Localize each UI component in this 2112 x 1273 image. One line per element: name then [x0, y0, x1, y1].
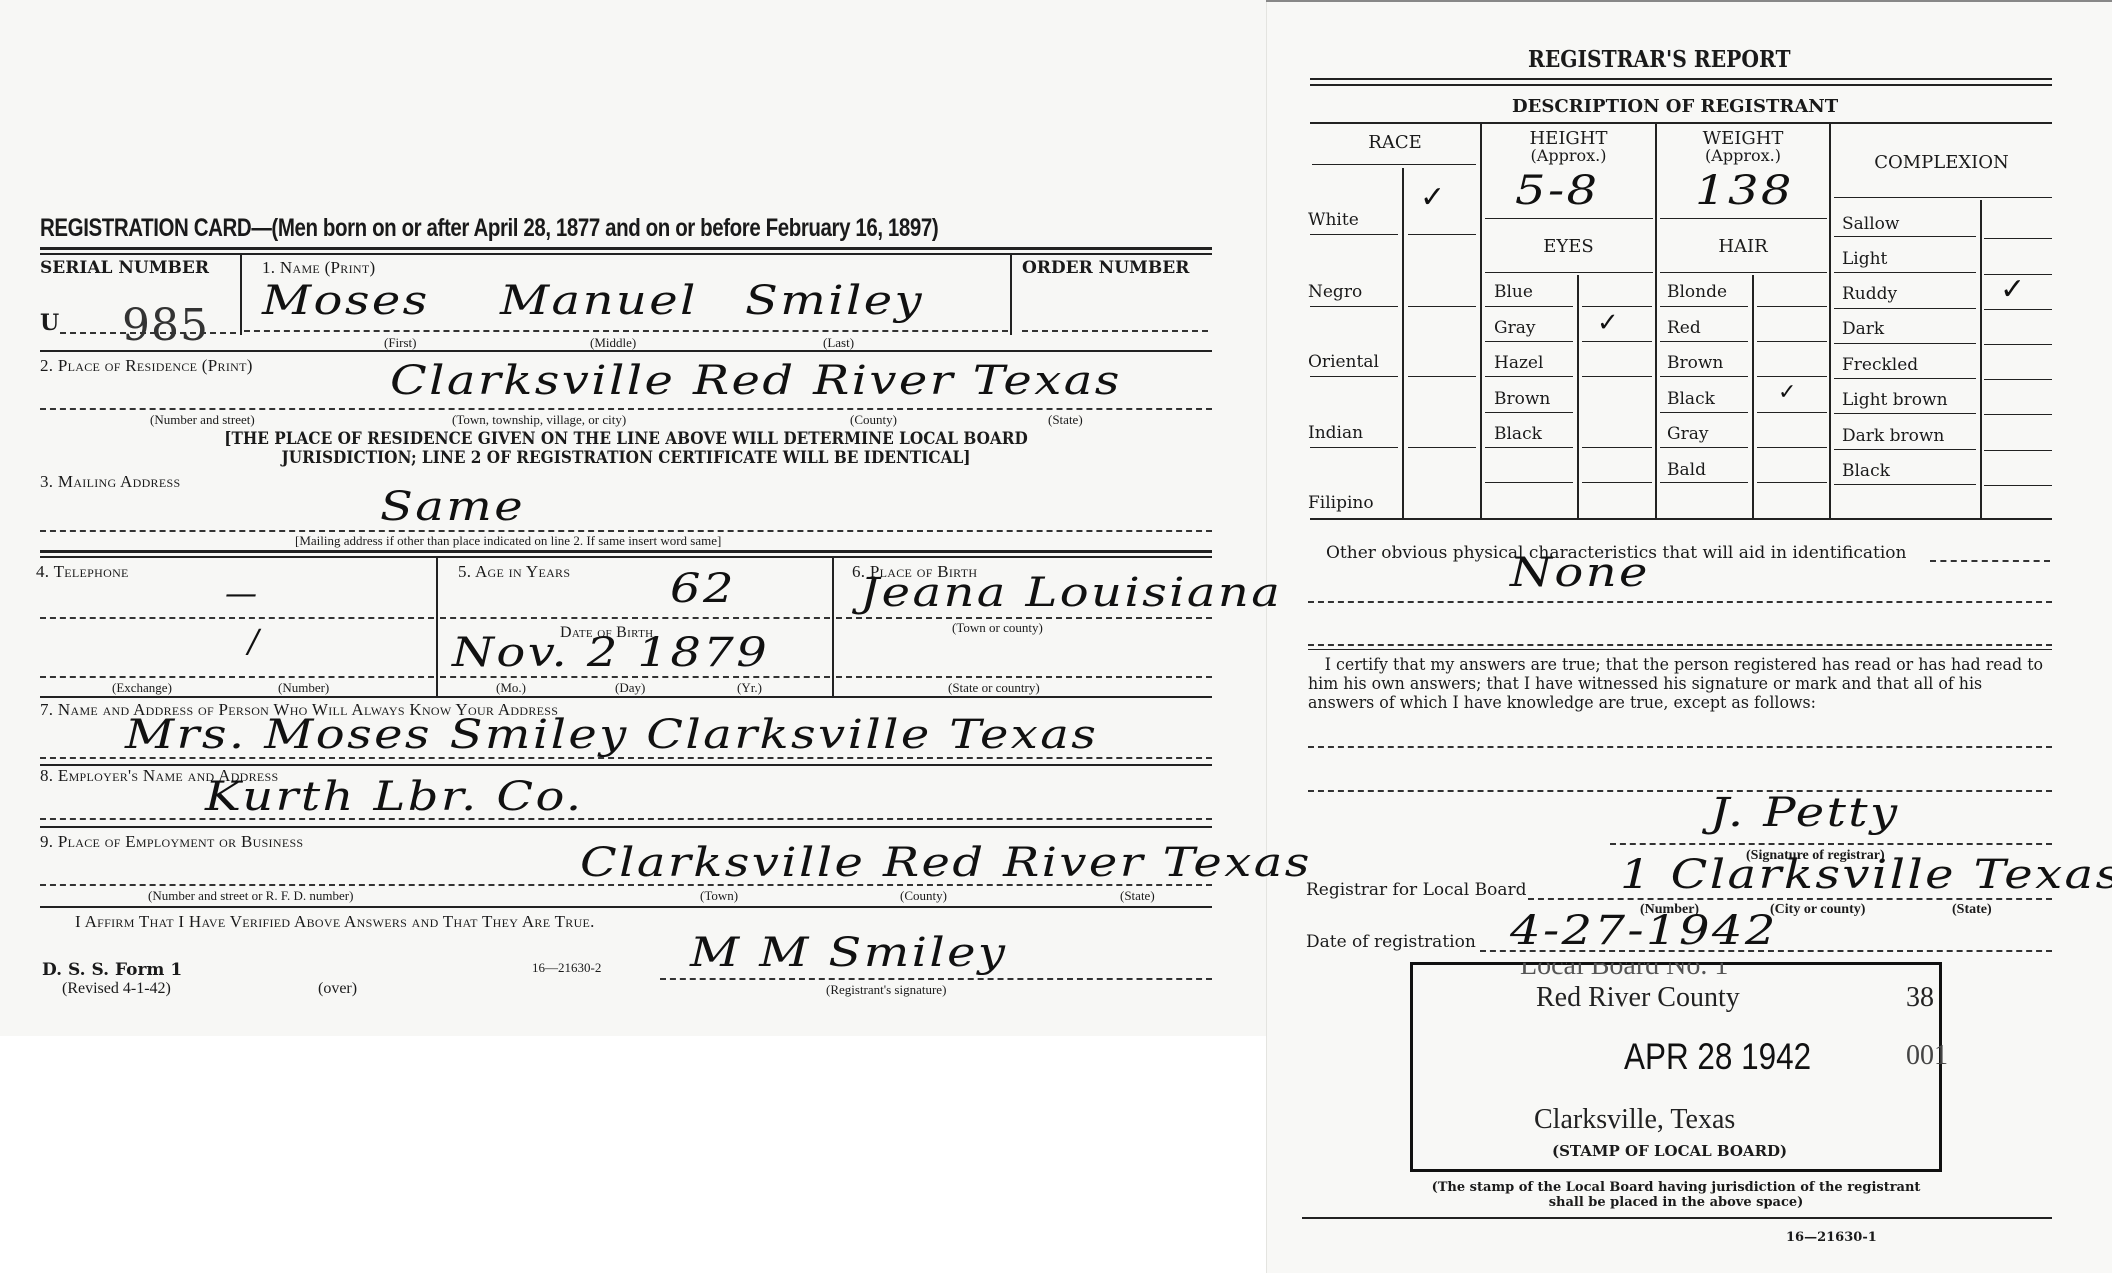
employment-caption-county: (County): [900, 888, 947, 904]
order-divider: [1010, 255, 1012, 335]
hair-brown-check-rule: [1757, 376, 1827, 377]
name-last-value: Smiley: [745, 278, 924, 324]
race-white-rule: [1310, 234, 1398, 235]
hair-brown-rule: [1660, 376, 1748, 377]
name-middle-value: Manuel: [500, 278, 698, 324]
order-number-label: ORDER NUMBER: [1022, 258, 1189, 278]
certification-text: I certify that my answers are true; that…: [1308, 656, 2052, 713]
hair-red-check-rule: [1757, 341, 1827, 342]
report-bottom-rule: [1302, 1217, 2052, 1219]
row1-rule: [40, 350, 1212, 352]
order-number-line: [1022, 330, 1208, 332]
dob-caption-month: (Mo.): [496, 680, 526, 696]
residence-notice: [THE PLACE OF RESIDENCE GIVEN ON THE LIN…: [99, 430, 1154, 468]
exceptions-line-2: [1308, 790, 2052, 792]
registration-date-value: 4-27-1942: [1510, 908, 1778, 954]
birthplace-state-caption: (State or country): [948, 680, 1040, 696]
hair-gray-rule: [1660, 447, 1748, 448]
row3-rule-2: [40, 556, 1212, 558]
row3-rule: [40, 550, 1212, 553]
complexion-freckled-rule: [1834, 378, 1976, 379]
eyes-brown-rule: [1485, 412, 1573, 413]
description-table-bottom-rule: [1310, 518, 2052, 520]
height-value: 5-8: [1515, 168, 1600, 214]
stamp-side-number-1: 38: [1906, 982, 1934, 1014]
hair-blonde-rule: [1660, 306, 1748, 307]
eyes-gray-checkmark[interactable]: ✓: [1597, 308, 1619, 338]
race-oriental-check-rule: [1408, 376, 1476, 377]
complexion-sallow-rule: [1834, 236, 1976, 237]
eyes-check-divider: [1577, 275, 1579, 518]
complexion-ruddy-checkmark[interactable]: ✓: [2000, 272, 2025, 307]
eyes-header-rule: [1485, 272, 1653, 273]
serial-number-label: SERIAL NUMBER: [40, 258, 209, 278]
eyes-blue-rule: [1485, 306, 1573, 307]
height-col-divider: [1655, 124, 1657, 518]
complexion-header: COMPLEXION: [1831, 152, 2052, 173]
over-note: (over): [318, 980, 357, 998]
weight-subheader: (Approx.): [1657, 146, 1829, 165]
description-rule: [1310, 122, 2052, 124]
complexion-dark-brown-rule: [1834, 449, 1976, 450]
residence-notice-line1: [THE PLACE OF RESIDENCE GIVEN ON THE LIN…: [99, 430, 1154, 449]
employment-place-label: 9. Place of Employment or Business: [40, 832, 303, 852]
stamp-note-line1: (The stamp of the Local Board having jur…: [1410, 1180, 1942, 1195]
employment-place-value: Clarksville Red River Texas: [580, 840, 1312, 886]
stamp-line-city: Clarksville, Texas: [1534, 1104, 1735, 1136]
exceptions-line-1: [1308, 746, 2052, 748]
report-print-code: 16—21630-1: [1786, 1230, 1877, 1245]
complexion-dark-brown-check-rule: [1984, 450, 2052, 451]
signature-caption: (Registrant's signature): [826, 982, 946, 998]
form-id: D. S. S. Form 1: [42, 960, 182, 980]
stamp-caption: (STAMP OF LOCAL BOARD): [1552, 1142, 1787, 1160]
title-rule-2: [40, 253, 1212, 255]
hair-black-rule: [1660, 412, 1748, 413]
complexion-sallow-label: Sallow: [1842, 214, 1899, 234]
race-indian-check-rule: [1408, 447, 1476, 448]
signature-line: [660, 978, 1212, 980]
certification-rule: [1308, 649, 2052, 650]
birthplace-line-1: [836, 617, 1212, 619]
race-filipino-label: Filipino: [1308, 493, 1374, 513]
card-print-code: 16—21630-2: [532, 960, 601, 976]
registrar-report-title: REGISTRAR'S REPORT: [1528, 46, 1791, 73]
complexion-black-rule: [1834, 484, 1976, 485]
weight-col-divider: [1829, 124, 1831, 518]
local-board-caption-city: (City or county): [1770, 902, 1865, 918]
affirmation-text: I Affirm That I Have Verified Above Answ…: [75, 912, 595, 932]
hair-black-label: Black: [1667, 389, 1715, 409]
dob-value: Nov. 2 1879: [452, 630, 769, 676]
complexion-freckled-check-rule: [1984, 379, 2052, 380]
hair-red-label: Red: [1667, 318, 1701, 338]
complexion-dark-brown-label: Dark brown: [1842, 426, 1944, 446]
telephone-exchange-value: —: [225, 574, 258, 612]
eyes-blank-check-rule: [1582, 482, 1652, 483]
eyes-black-check-rule: [1582, 447, 1652, 448]
stamp-side-number-2: 001: [1906, 1040, 1948, 1072]
report-title-rule: [1310, 78, 2052, 80]
row6-rule: [40, 696, 1212, 698]
telephone-exchange-caption: (Exchange): [112, 680, 172, 696]
complexion-black-check-rule: [1984, 485, 2052, 486]
eyes-black-label: Black: [1494, 424, 1542, 444]
eyes-gray-rule: [1485, 341, 1573, 342]
name-first-caption: (First): [384, 335, 417, 351]
race-white-check-rule: [1408, 234, 1476, 235]
height-subheader: (Approx.): [1482, 146, 1655, 165]
eyes-gray-check-rule: [1582, 341, 1652, 342]
complexion-ruddy-rule: [1834, 308, 1976, 309]
row9-rule: [40, 906, 1212, 908]
eyes-blue-check-rule: [1582, 306, 1652, 307]
age-line: [440, 617, 830, 619]
contact-person-value: Mrs. Moses Smiley Clarksville Texas: [125, 712, 1098, 758]
complexion-header-rule: [1834, 197, 2052, 198]
complexion-light-brown-check-rule: [1984, 414, 2052, 415]
report-title-rule-2: [1310, 84, 2052, 86]
residence-caption-street: (Number and street): [150, 412, 255, 428]
eyes-blank-rule: [1485, 482, 1573, 483]
weight-value: 138: [1695, 168, 1794, 214]
age-label: 5. Age in Years: [458, 562, 570, 582]
complexion-freckled-label: Freckled: [1842, 355, 1918, 375]
residence-line: [40, 408, 1212, 410]
complexion-black-label: Black: [1842, 461, 1890, 481]
hair-check-divider: [1752, 275, 1754, 518]
hair-red-rule: [1660, 341, 1748, 342]
complexion-dark-label: Dark: [1842, 319, 1884, 339]
eyes-blue-label: Blue: [1494, 282, 1533, 302]
telephone-number-value: /: [248, 622, 260, 660]
hair-gray-label: Gray: [1667, 424, 1708, 444]
race-header: RACE: [1310, 132, 1480, 153]
race-indian-label: Indian: [1308, 423, 1363, 443]
local-board-value: 1 Clarksville Texas: [1620, 852, 2112, 898]
name-first-value: Moses: [262, 278, 430, 324]
telephone-divider: [436, 556, 438, 696]
birthplace-value: Jeana Louisiana: [860, 570, 1282, 616]
residence-caption-county: (County): [850, 412, 897, 428]
local-board-caption-state: (State): [1952, 902, 1992, 918]
race-negro-check-rule: [1408, 306, 1476, 307]
birthplace-line-2: [836, 676, 1212, 678]
eyes-header: EYES: [1482, 236, 1655, 257]
telephone-label: 4. Telephone: [36, 562, 129, 582]
title-rule: [40, 247, 1212, 250]
hair-black-checkmark[interactable]: ✓: [1778, 380, 1796, 405]
complexion-light-rule: [1834, 272, 1976, 273]
stamp-note-line2: shall be placed in the above space): [1410, 1195, 1942, 1210]
age-value: 62: [670, 566, 736, 612]
race-oriental-rule: [1310, 376, 1398, 377]
employer-line: [40, 818, 1212, 820]
race-indian-rule: [1310, 447, 1398, 448]
local-board-line: [1528, 898, 2052, 900]
residence-caption-state: (State): [1048, 412, 1083, 428]
page-divider: [1266, 0, 1267, 1273]
local-board-label: Registrar for Local Board: [1306, 880, 1526, 900]
hair-bald-label: Bald: [1667, 460, 1706, 480]
name-dash-line: [244, 330, 1008, 332]
card-title: REGISTRATION CARD—(Men born on or after …: [40, 214, 938, 243]
eyes-hazel-rule: [1485, 376, 1573, 377]
complexion-ruddy-label: Ruddy: [1842, 284, 1897, 304]
registration-date-label: Date of registration: [1306, 932, 1476, 952]
complexion-dark-check-rule: [1984, 344, 2052, 345]
name-label: 1. Name (Print): [262, 258, 375, 278]
race-header-rule: [1312, 164, 1476, 165]
eyes-black-rule: [1485, 447, 1573, 448]
hair-brown-label: Brown: [1667, 353, 1723, 373]
hair-black-check-rule: [1757, 412, 1827, 413]
employment-caption-street: (Number and street or R. F. D. number): [148, 888, 353, 904]
other-characteristics-value: None: [1510, 550, 1650, 596]
employment-caption-town: (Town): [700, 888, 738, 904]
dob-line: [440, 676, 830, 678]
hair-bald-rule: [1660, 482, 1748, 483]
race-oriental-label: Oriental: [1308, 352, 1379, 372]
race-white-label: White: [1308, 210, 1359, 230]
complexion-check-divider: [1980, 200, 1982, 518]
serial-divider: [240, 255, 242, 335]
complexion-sallow-check-rule: [1984, 238, 2052, 239]
mailing-address-caption: [Mailing address if other than place ind…: [295, 533, 721, 549]
mailing-address-value: Same: [380, 484, 525, 530]
birthplace-town-caption: (Town or county): [952, 620, 1043, 636]
complexion-light-brown-label: Light brown: [1842, 390, 1948, 410]
complexion-light-brown-rule: [1834, 413, 1976, 414]
name-last-caption: (Last): [823, 335, 854, 351]
page-top-edge: [1266, 0, 2112, 2]
serial-prefix: U: [40, 310, 59, 336]
eyes-hazel-check-rule: [1582, 376, 1652, 377]
row8-rule: [40, 826, 1212, 828]
registrar-signature: J. Petty: [1710, 790, 1899, 836]
serial-number-value: 985: [122, 300, 209, 351]
residence-caption-town: (Town, township, village, or city): [452, 412, 626, 428]
employer-value: Kurth Lbr. Co.: [205, 774, 584, 820]
mailing-line: [40, 530, 1212, 532]
stamp-note: (The stamp of the Local Board having jur…: [1410, 1180, 1942, 1210]
eyes-hazel-label: Hazel: [1494, 353, 1543, 373]
weight-rule: [1660, 218, 1827, 219]
telephone-line-1: [40, 617, 434, 619]
complexion-ruddy-check-rule: [1984, 309, 2052, 310]
registrant-signature: M M Smiley: [690, 930, 1007, 976]
employment-caption-state: (State): [1120, 888, 1155, 904]
residence-notice-line2: JURISDICTION; LINE 2 OF REGISTRATION CER…: [99, 449, 1154, 468]
height-rule: [1485, 218, 1653, 219]
other-characteristics-line-0: [1930, 560, 2050, 562]
hair-header-rule: [1660, 272, 1827, 273]
dob-caption-day: (Day): [615, 680, 645, 696]
complexion-light-label: Light: [1842, 249, 1887, 269]
other-characteristics-line-2: [1308, 644, 2052, 646]
hair-header: HAIR: [1657, 236, 1829, 257]
mailing-address-label: 3. Mailing Address: [40, 472, 180, 492]
hair-bald-check-rule: [1757, 482, 1827, 483]
hair-gray-check-rule: [1757, 447, 1827, 448]
race-col-divider: [1480, 124, 1482, 518]
other-characteristics-line-1: [1308, 601, 2052, 603]
stamp-line-county: Red River County: [1536, 982, 1740, 1014]
race-check-divider: [1402, 168, 1404, 518]
race-negro-rule: [1310, 306, 1398, 307]
telephone-line-2: [40, 676, 434, 678]
eyes-gray-label: Gray: [1494, 318, 1535, 338]
age-divider: [832, 556, 834, 696]
residence-label: 2. Place of Residence (Print): [40, 356, 253, 376]
employment-line: [40, 884, 1212, 886]
race-white-checkmark[interactable]: ✓: [1420, 180, 1445, 215]
contact-line: [40, 757, 1212, 759]
residence-value: Clarksville Red River Texas: [390, 358, 1122, 404]
hair-blonde-label: Blonde: [1667, 282, 1727, 302]
registrar-signature-line: [1610, 843, 2052, 845]
stamp-date: APR 28 1942: [1624, 1036, 1811, 1078]
description-subtitle: DESCRIPTION OF REGISTRANT: [1512, 96, 1838, 117]
form-revised: (Revised 4-1-42): [62, 980, 171, 998]
hair-blonde-check-rule: [1757, 306, 1827, 307]
dob-caption-year: (Yr.): [737, 680, 762, 696]
race-negro-label: Negro: [1308, 282, 1362, 302]
eyes-brown-label: Brown: [1494, 389, 1550, 409]
name-middle-caption: (Middle): [590, 335, 636, 351]
complexion-dark-rule: [1834, 343, 1976, 344]
telephone-number-caption: (Number): [278, 680, 329, 696]
